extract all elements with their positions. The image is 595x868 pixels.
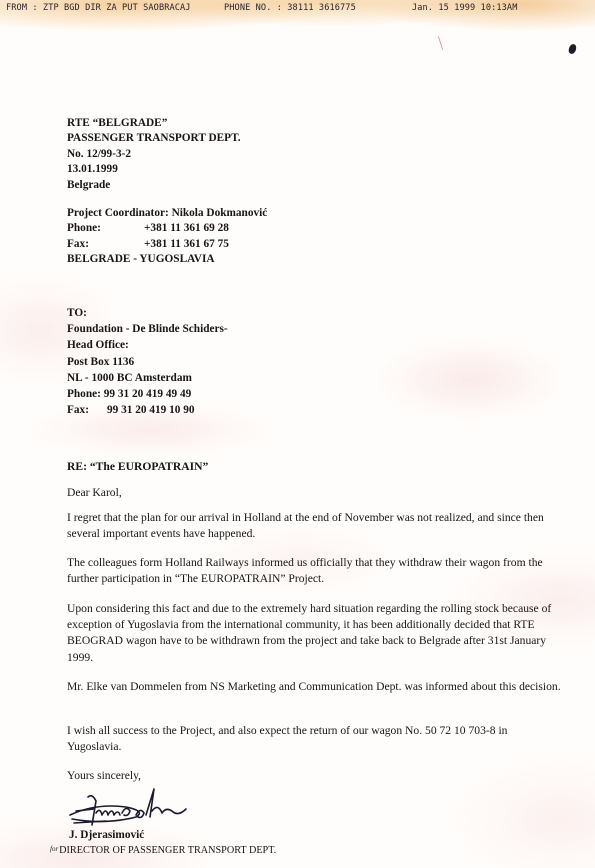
recipient-phone-row: Phone: 99 31 20 419 49 49 — [67, 386, 228, 402]
salutation: Dear Karol, — [67, 485, 562, 501]
recipient-block: TO: Foundation - De Blinde Schiders- Hea… — [67, 305, 228, 418]
stray-pen-mark — [438, 36, 443, 50]
recipient-office: Head Office: — [67, 337, 228, 353]
signer-title: forDIRECTOR OF PASSENGER TRANSPORT DEPT. — [50, 845, 276, 856]
recipient-fax-label: Fax: — [67, 402, 107, 418]
project-coordinator: Project Coordinator: Nikola Dokmanović — [67, 206, 267, 221]
recipient-fax-row: Fax:99 31 20 419 10 90 — [67, 402, 228, 418]
paragraph-1: I regret that the plan for our arrival i… — [67, 510, 562, 542]
fax-label: Fax: — [67, 237, 144, 252]
coordinator-phone-row: Phone:+381 11 361 69 28 — [67, 221, 267, 236]
signer-title-prefix: for — [50, 845, 58, 853]
fax-value: +381 11 361 67 75 — [144, 238, 229, 250]
signer-name: J. Djerasimović — [69, 829, 144, 841]
sender-dept: PASSENGER TRANSPORT DEPT. — [67, 131, 241, 146]
paragraph-2: The colleagues form Holland Railways inf… — [67, 555, 562, 587]
paragraph-5: I wish all success to the Project, and a… — [67, 723, 562, 755]
fax-transmission-header: FROM : ZTP BGD DIR ZA PUT SAOBRACAJ PHON… — [6, 3, 595, 17]
paragraph-3: Upon considering this fact and due to th… — [67, 601, 562, 666]
ink-blot — [568, 43, 577, 54]
signer-title-text: DIRECTOR OF PASSENGER TRANSPORT DEPT. — [59, 845, 276, 856]
subject-line: RE: “The EUROPATRAIN” — [67, 459, 562, 475]
recipient-fax-value: 99 31 20 419 10 90 — [107, 404, 195, 416]
sender-block: RTE “BELGRADE” PASSENGER TRANSPORT DEPT.… — [67, 116, 241, 193]
reference-number: No. 12/99-3-2 — [67, 147, 241, 162]
sender-location: BELGRADE - YUGOSLAVIA — [67, 252, 267, 267]
fax-from: FROM : ZTP BGD DIR ZA PUT SAOBRACAJ — [6, 3, 191, 13]
recipient-org: Foundation - De Blinde Schiders- — [67, 321, 228, 337]
handwritten-signature — [66, 785, 206, 831]
sender-org: RTE “BELGRADE” — [67, 116, 241, 131]
recipient-phone-label: Phone: — [67, 388, 101, 400]
recipient-post-box: Post Box 1136 — [67, 354, 228, 370]
paragraph-4: Mr. Elke van Dommelen from NS Marketing … — [67, 679, 562, 695]
recipient-city: NL - 1000 BC Amsterdam — [67, 370, 228, 386]
letter-date: 13.01.1999 — [67, 162, 241, 177]
fax-datetime: Jan. 15 1999 10:13AM — [412, 3, 517, 13]
phone-label: Phone: — [67, 221, 144, 236]
phone-value: +381 11 361 69 28 — [144, 222, 229, 234]
closing: Yours sincerely, — [67, 768, 562, 784]
fax-phone: PHONE NO. : 38111 3616775 — [224, 3, 356, 13]
coordinator-block: Project Coordinator: Nikola Dokmanović P… — [67, 206, 267, 268]
coordinator-fax-row: Fax:+381 11 361 67 75 — [67, 237, 267, 252]
sender-city: Belgrade — [67, 178, 241, 193]
to-label: TO: — [67, 305, 228, 321]
recipient-phone-value: 99 31 20 419 49 49 — [104, 388, 192, 400]
